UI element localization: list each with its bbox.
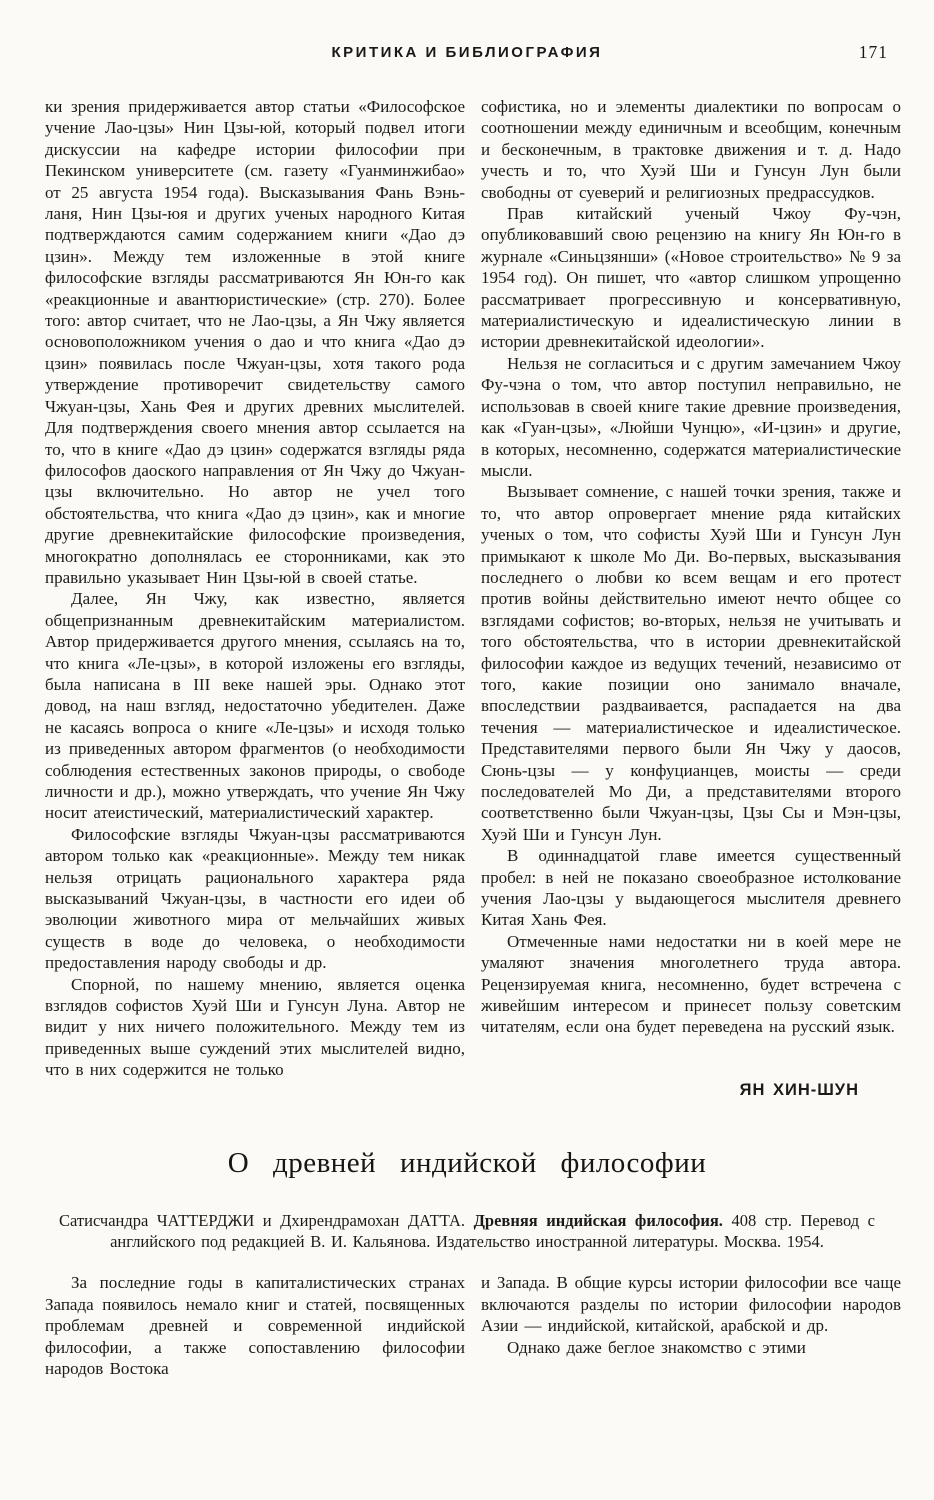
- article-title: О древней индийской философии: [0, 1147, 934, 1180]
- review1-left-column: ки зрения придерживается автор статьи «Ф…: [45, 96, 465, 1101]
- review2-right-column: и Запада. В общие курсы истории философи…: [481, 1272, 901, 1379]
- reviewer-signature: ЯН ХИН-ШУН: [481, 1080, 901, 1101]
- paragraph: ки зрения придерживается автор статьи «Ф…: [45, 96, 465, 588]
- review2-columns: За последние годы в капиталистических ст…: [0, 1272, 934, 1379]
- paragraph: Далее, Ян Чжу, как известно, является об…: [45, 588, 465, 823]
- paragraph: софистика, но и элементы диалектики по в…: [481, 96, 901, 203]
- journal-page: КРИТИКА И БИБЛИОГРАФИЯ 171 ки зрения при…: [0, 0, 934, 1500]
- paragraph: За последние годы в капиталистических ст…: [45, 1272, 465, 1379]
- paragraph: Философские взгляды Чжуан-цзы рассматрив…: [45, 824, 465, 974]
- page-number: 171: [859, 42, 888, 63]
- review2-left-column: За последние годы в капиталистических ст…: [45, 1272, 465, 1379]
- paragraph: Однако даже беглое знакомство с этими: [481, 1337, 901, 1358]
- review1-columns: ки зрения придерживается автор статьи «Ф…: [0, 96, 934, 1101]
- bibliography: Сатисчандра ЧАТТЕРДЖИ и Дхирендрамохан Д…: [59, 1210, 875, 1252]
- paragraph: Спорной, по нашему мнению, является оцен…: [45, 974, 465, 1081]
- paragraph: В одиннадцатой главе имеется существенны…: [481, 845, 901, 931]
- paragraph: Отмеченные нами недостатки ни в коей мер…: [481, 931, 901, 1038]
- paragraph: Вызывает сомнение, с нашей точки зрения,…: [481, 481, 901, 845]
- paragraph: Нельзя не согласиться и с другим замечан…: [481, 353, 901, 481]
- paragraph: и Запада. В общие курсы истории философи…: [481, 1272, 901, 1336]
- running-head: КРИТИКА И БИБЛИОГРАФИЯ 171: [0, 0, 934, 68]
- review1-right-column: софистика, но и элементы диалектики по в…: [481, 96, 901, 1101]
- bibliography-book-title: Древняя индийская философия.: [474, 1211, 723, 1230]
- paragraph: Прав китайский ученый Чжоу Фу-чэн, опубл…: [481, 203, 901, 353]
- running-head-title: КРИТИКА И БИБЛИОГРАФИЯ: [0, 44, 934, 61]
- bibliography-authors: Сатисчандра ЧАТТЕРДЖИ и Дхирендрамохан Д…: [59, 1211, 474, 1230]
